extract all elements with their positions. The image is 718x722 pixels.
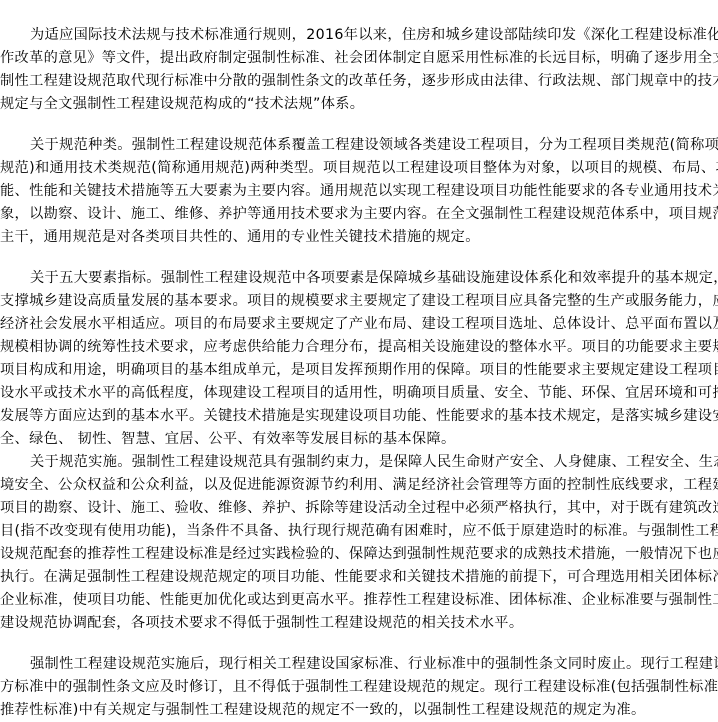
paragraph-spec-types: 关于规范种类。强制性工程建设规范体系覆盖工程建设领域各类建设工程项目，分为工程项… [0,134,718,249]
text-line: 强制性工程建设规范实施后，现行相关工程建设国家标准、行业标准中的强制性条文同时废… [0,653,718,676]
text-line: 规模相协调的统筹性技术要求，应考虑供给能力合理分布，提高相关设施建设的整体水平。… [0,336,718,359]
text-line: 象，以勘察、设计、施工、维修、养护等通用技术要求为主要内容。在全文强制性工程建设… [0,203,718,226]
text-line: 企业标准，使项目功能、性能更加优化或达到更高水平。推荐性工程建设标准、团体标准、… [0,589,718,612]
text-line: 关于规范实施。强制性工程建设规范具有强制约束力，是保障人民生命财产安全、人身健康… [0,451,718,474]
text-line: 经济社会发展水平相适应。项目的布局要求主要规定了产业布局、建设工程项目选址、总体… [0,313,718,336]
text-line: 设规范配套的推荐性工程建设标准是经过实践检验的、保障达到强制性规范要求的成熟技术… [0,543,718,566]
text-line: 规定与全文强制性工程建设规范构成的“技术法规”体系。 [0,93,718,116]
text-line: 项目构成和用途，明确项目的基本组成单元，是项目发挥预期作用的保障。项目的性能要求… [0,359,718,382]
document-body: 为适应国际技术法规与技术标准通行规则，2016年以来，住房和城乡建设部陆续印发《… [0,24,718,722]
text-line: 能、性能和关键技术措施等五大要素为主要内容。通用规范以实现工程建设项目功能性能要… [0,180,718,203]
text-line: 发展等方面应达到的基本水平。关键技术措施是实现建设项目功能、性能要求的基本技术规… [0,405,718,428]
text-line: 主干，通用规范是对各类项目共性的、通用的专业性关键技术措施的规定。 [0,226,718,249]
text-line: 项目的勘察、设计、施工、验收、维修、养护、拆除等建设活动全过程中必须严格执行，其… [0,497,718,520]
text-line: 建设规范协调配套，各项技术要求不得低于强制性工程建设规范的相关技术水平。 [0,612,718,635]
text-line: 规范)和通用技术类规范(简称通用规范)两种类型。项目规范以工程建设项目整体为对象… [0,157,718,180]
paragraph-five-elements: 关于五大要素指标。强制性工程建设规范中各项要素是保障城乡基础设施建设体系化和效率… [0,267,718,451]
paragraph-intro: 为适应国际技术法规与技术标准通行规则，2016年以来，住房和城乡建设部陆续印发《… [0,24,718,116]
text-line: 关于五大要素指标。强制性工程建设规范中各项要素是保障城乡基础设施建设体系化和效率… [0,267,718,290]
text-line: 支撑城乡建设高质量发展的基本要求。项目的规模要求主要规定了建设工程项目应具备完整… [0,290,718,313]
paragraph-after-implementation: 强制性工程建设规范实施后，现行相关工程建设国家标准、行业标准中的强制性条文同时废… [0,653,718,722]
text-line: 境安全、公众权益和公众利益，以及促进能源资源节约利用、满足经济社会管理等方面的控… [0,474,718,497]
text-line: 目(指不改变现有使用功能)，当条件不具备、执行现行规范确有困难时，应不低于原建造… [0,520,718,543]
text-line: 制性工程建设规范取代现行标准中分散的强制性条文的改革任务，逐步形成由法律、行政法… [0,70,718,93]
text-line: 执行。在满足强制性工程建设规范规定的项目功能、性能要求和关键技术措施的前提下，可… [0,566,718,589]
text-line: 推荐性标准)中有关规定与强制性工程建设规范的规定不一致的，以强制性工程建设规范的… [0,699,718,722]
text-line: 为适应国际技术法规与技术标准通行规则，2016年以来，住房和城乡建设部陆续印发《… [0,24,718,47]
text-line: 关于规范种类。强制性工程建设规范体系覆盖工程建设领域各类建设工程项目，分为工程项… [0,134,718,157]
text-line: 全、绿色、 韧性、智慧、宜居、公平、有效率等发展目标的基本保障。 [0,428,718,451]
text-line: 作改革的意见》等文件，提出政府制定强制性标准、社会团体制定自愿采用性标准的长远目… [0,47,718,70]
text-line: 设水平或技术水平的高低程度，体现建设工程项目的适用性，明确项目质量、安全、节能、… [0,382,718,405]
paragraph-implementation: 关于规范实施。强制性工程建设规范具有强制约束力，是保障人民生命财产安全、人身健康… [0,451,718,635]
text-line: 方标准中的强制性条文应及时修订，且不得低于强制性工程建设规范的规定。现行工程建设… [0,676,718,699]
